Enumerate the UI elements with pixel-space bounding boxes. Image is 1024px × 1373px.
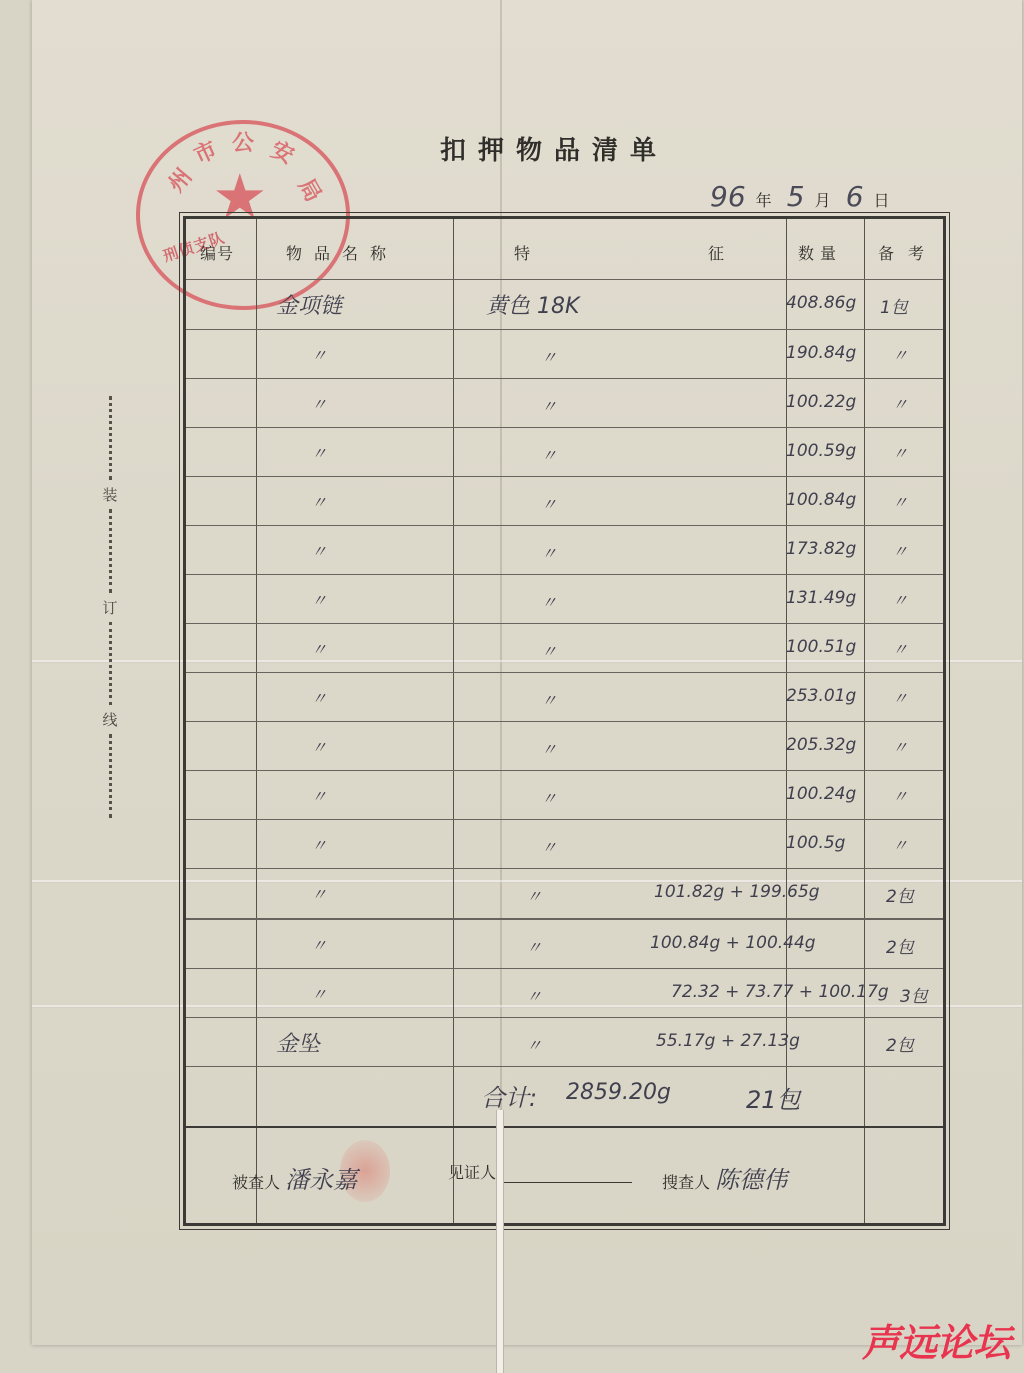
table-row: 〃 〃 101.82g + 199.65g 2包 (186, 868, 943, 920)
item-feature: 〃 (541, 443, 559, 466)
item-quantity: 100.22g (786, 392, 856, 412)
header-number: 编号 (200, 241, 234, 264)
forum-watermark-logo: 声远论坛 (862, 1312, 1010, 1367)
item-remark: 〃 (892, 490, 910, 513)
table-row: 〃 〃 190.84g 〃 (186, 329, 943, 379)
item-name: 〃 (311, 490, 329, 513)
item-remark: 2包 (886, 1031, 914, 1056)
item-quantity: 408.86g (786, 293, 856, 313)
item-feature: 〃 (541, 639, 559, 662)
item-feature: 〃 (541, 688, 559, 711)
item-remark: 〃 (892, 735, 910, 758)
item-name: 〃 (311, 637, 329, 660)
item-remark: 1包 (880, 293, 908, 318)
date-day-label: 日 (874, 191, 890, 210)
item-name: 〃 (311, 539, 329, 562)
total-weight: 2859.20g (566, 1080, 671, 1105)
table-row: 金项链 黄色 18K 408.86g 1包 (186, 279, 943, 330)
table-row: 〃 〃 100.5g 〃 (186, 819, 943, 869)
item-name: 〃 (311, 882, 329, 905)
dotted-line (109, 622, 112, 706)
document-date: 96年 5月 6日 (700, 180, 890, 213)
item-quantity: 101.82g + 199.65g (654, 882, 820, 902)
inspected-label: 被查人 (232, 1173, 280, 1192)
item-name: 〃 (311, 441, 329, 464)
item-quantity: 100.24g (786, 784, 856, 804)
seal-char: 局 (292, 172, 330, 207)
document-title: 扣押物品清单 (440, 130, 668, 167)
item-remark: 〃 (892, 686, 910, 709)
item-quantity: 190.84g (786, 343, 856, 363)
dotted-line (109, 734, 112, 818)
table-row: 〃 〃 131.49g 〃 (186, 574, 943, 624)
date-year-value: 96 (710, 180, 746, 213)
item-quantity: 131.49g (786, 588, 856, 608)
item-quantity: 100.84g + 100.44g (650, 933, 816, 953)
seal-char: 安 (266, 133, 299, 170)
item-quantity: 100.84g (786, 490, 856, 510)
item-quantity: 55.17g + 27.13g (656, 1031, 800, 1051)
table-row: 〃 〃 100.22g 〃 (186, 378, 943, 428)
item-feature: 〃 (526, 935, 544, 958)
item-quantity: 100.51g (786, 637, 856, 657)
witness-name-line (500, 1182, 632, 1183)
item-remark: 〃 (892, 441, 910, 464)
item-remark: 〃 (892, 588, 910, 611)
item-remark: 〃 (892, 637, 910, 660)
date-month-label: 月 (815, 191, 831, 210)
item-feature: 〃 (541, 394, 559, 417)
dotted-line (109, 509, 112, 593)
date-day-value: 6 (846, 180, 864, 213)
item-name: 〃 (311, 392, 329, 415)
item-name: 〃 (311, 982, 329, 1005)
binding-char: 线 (102, 709, 117, 730)
table-row: 〃 〃 205.32g 〃 (186, 721, 943, 771)
header-features-right: 征 (708, 241, 730, 264)
item-quantity: 100.59g (786, 441, 856, 461)
table-row: 〃 〃 100.51g 〃 (186, 623, 943, 673)
items-table: 编号 物品名称 特 征 数量 备考 金项链 黄色 18K 408.86g 1包 … (183, 216, 946, 1226)
item-feature: 〃 (526, 984, 544, 1007)
item-quantity: 205.32g (786, 735, 856, 755)
item-feature: 〃 (541, 345, 559, 368)
item-name: 金项链 (276, 289, 342, 320)
dotted-line (109, 396, 112, 480)
paper-tear (496, 1110, 504, 1373)
item-feature: 〃 (526, 884, 544, 907)
total-packages: 21包 (746, 1080, 801, 1115)
item-remark: 〃 (892, 392, 910, 415)
table-header-row: 编号 物品名称 特 征 数量 备考 (186, 219, 943, 280)
item-remark: 〃 (892, 343, 910, 366)
item-feature: 黄色 18K (486, 289, 579, 320)
item-feature: 〃 (541, 835, 559, 858)
header-quantity: 数量 (798, 241, 842, 264)
item-name: 〃 (311, 933, 329, 956)
table-row: 〃 〃 100.59g 〃 (186, 427, 943, 477)
searcher-signature: 搜查人 陈德伟 (662, 1160, 787, 1195)
searcher-name: 陈德伟 (715, 1166, 787, 1194)
date-month-value: 5 (787, 180, 805, 213)
item-feature: 〃 (541, 737, 559, 760)
inspected-name: 潘永嘉 (285, 1166, 357, 1194)
item-feature: 〃 (541, 786, 559, 809)
item-remark: 2包 (886, 882, 914, 907)
item-quantity: 72.32 + 73.77 + 100.17g (671, 982, 889, 1002)
item-remark: 〃 (892, 784, 910, 807)
binding-char: 装 (102, 484, 117, 505)
table-row: 〃 〃 72.32 + 73.77 + 100.17g 3包 (186, 968, 943, 1018)
item-name: 〃 (311, 784, 329, 807)
table-row: 〃 〃 100.24g 〃 (186, 770, 943, 820)
item-feature: 〃 (541, 590, 559, 613)
seal-char: 州 (160, 161, 198, 198)
item-remark: 2包 (886, 933, 914, 958)
header-features-left: 特 (514, 241, 536, 264)
item-name: 〃 (311, 343, 329, 366)
binding-char: 订 (102, 597, 117, 618)
header-remarks: 备考 (878, 241, 938, 264)
binding-margin: 装 订 线 (100, 392, 120, 822)
item-name: 〃 (311, 735, 329, 758)
table-total-row: 合计: 2859.20g 21包 (186, 1066, 943, 1128)
item-name: 〃 (311, 833, 329, 856)
item-feature: 〃 (526, 1033, 544, 1056)
item-remark: 〃 (892, 539, 910, 562)
item-name: 金坠 (276, 1027, 320, 1058)
table-row: 〃 〃 173.82g 〃 (186, 525, 943, 575)
item-feature: 〃 (541, 492, 559, 515)
item-name: 〃 (311, 588, 329, 611)
table-row: 〃 〃 100.84g 〃 (186, 476, 943, 526)
item-quantity: 100.5g (786, 833, 845, 853)
seal-char: 公 (232, 126, 254, 157)
item-quantity: 173.82g (786, 539, 856, 559)
header-item-name: 物品名称 (286, 241, 398, 264)
searcher-label: 搜查人 (662, 1173, 710, 1192)
witness-label: 见证人 (448, 1163, 496, 1182)
item-quantity: 253.01g (786, 686, 856, 706)
date-year-label: 年 (756, 191, 772, 210)
item-feature: 〃 (541, 541, 559, 564)
total-label: 合计: (481, 1078, 537, 1113)
table-row: 金坠 〃 55.17g + 27.13g 2包 (186, 1017, 943, 1067)
item-remark: 〃 (892, 833, 910, 856)
inspected-person-signature: 被查人 潘永嘉 (232, 1160, 357, 1195)
table-row: 〃 〃 253.01g 〃 (186, 672, 943, 722)
witness-signature: 见证人 (448, 1160, 632, 1183)
item-remark: 3包 (900, 982, 928, 1007)
item-name: 〃 (311, 686, 329, 709)
table-row: 〃 〃 100.84g + 100.44g 2包 (186, 919, 943, 969)
